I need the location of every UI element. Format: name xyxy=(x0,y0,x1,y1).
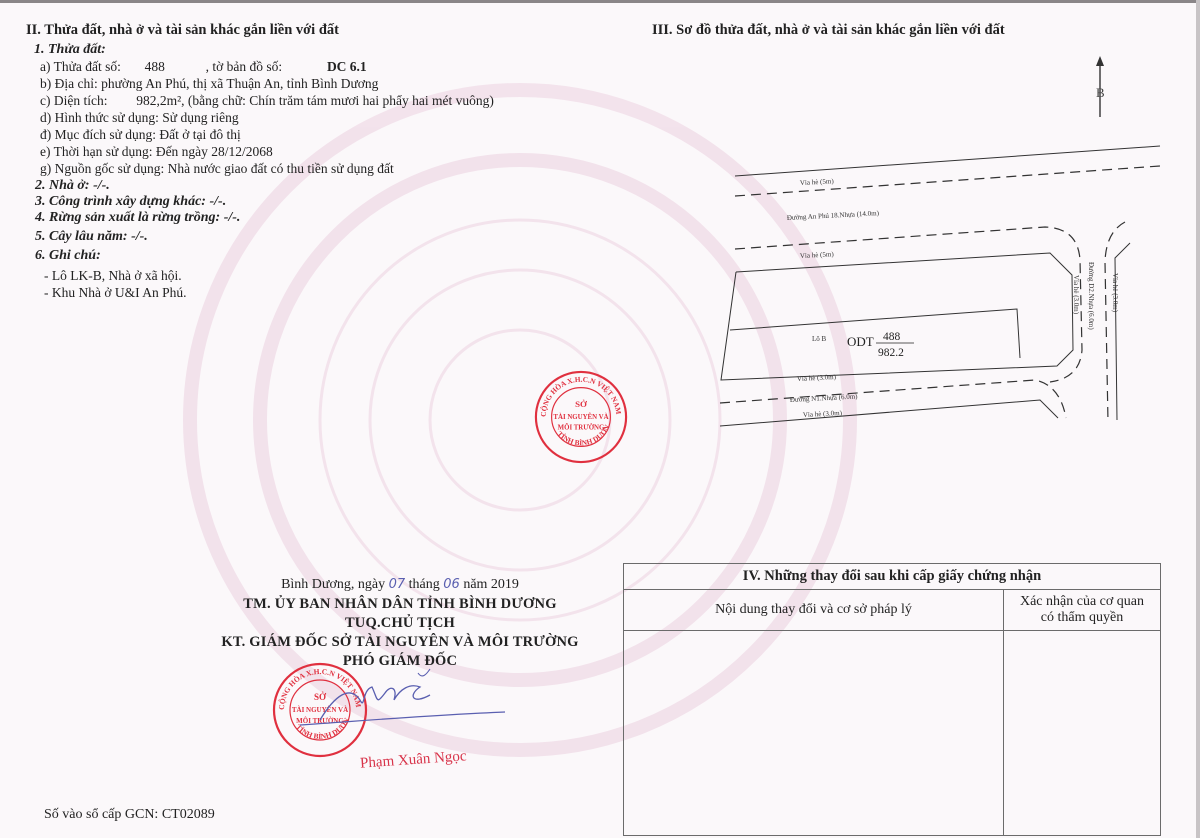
label-sidewalk-right-1: Vỉa hè (3.0m) xyxy=(1072,275,1080,315)
official-seal-stamp: CỘNG HÒA X.H.C.N VIỆT NAM TỈNH BÌNH DƯƠN… xyxy=(532,368,630,466)
signer-name: Phạm Xuân Ngọc xyxy=(360,748,468,772)
label-road-right: Đường D2.Nhựa (6.0m) xyxy=(1087,262,1095,330)
label-sidewalk-top-2: Vỉa hè (5m) xyxy=(800,250,835,260)
handwritten-day: 07 xyxy=(389,577,406,592)
svg-text:SỞ: SỞ xyxy=(575,399,587,409)
column-header-change-content: Nội dung thay đổi và cơ sở pháp lý xyxy=(624,590,1004,631)
label-sidewalk-right-2: Vỉa hè (3.0m) xyxy=(1111,273,1119,313)
label-road-top: Đường An Phú 18.Nhựa (14.0m) xyxy=(787,209,880,222)
changes-table: IV. Những thay đổi sau khi cấp giấy chứn… xyxy=(623,563,1161,836)
signer-org: TM. ỦY BAN NHÂN DÂN TỈNH BÌNH DƯƠNG xyxy=(190,596,610,613)
label-sidewalk-bottom-2: Vỉa hè (3.0m) xyxy=(803,409,843,419)
parcel-number-diagram: 488 xyxy=(883,331,901,343)
label-lot: Lô B xyxy=(812,335,827,343)
north-label: B xyxy=(1096,85,1105,100)
label-sidewalk-top-1: Vỉa hè (5m) xyxy=(800,177,835,187)
label-road-bottom: Đường N1.Nhựa (6.0m) xyxy=(790,392,859,404)
column-header-authority-confirmation: Xác nhận của cơ quan có thẩm quyền xyxy=(1004,590,1161,631)
handwritten-signature xyxy=(290,665,510,745)
svg-text:CỘNG HÒA X.H.C.N VIỆT NAM: CỘNG HÒA X.H.C.N VIỆT NAM xyxy=(539,375,624,418)
svg-text:MÔI TRƯỜNG: MÔI TRƯỜNG xyxy=(558,424,605,432)
handwritten-month: 06 xyxy=(443,577,460,592)
north-arrow-icon: B xyxy=(1096,56,1105,117)
parcel-area-diagram: 982.2 xyxy=(878,347,904,359)
label-sidewalk-bottom-1: Vỉa hè (3.0m) xyxy=(797,373,837,383)
change-content-cell xyxy=(624,631,1004,836)
signer-authority: TUQ.CHỦ TỊCH xyxy=(190,615,610,632)
section-4-title: IV. Những thay đổi sau khi cấp giấy chứn… xyxy=(624,564,1161,590)
authority-confirmation-cell xyxy=(1004,631,1161,836)
signer-department: KT. GIÁM ĐỐC SỞ TÀI NGUYÊN VÀ MÔI TRƯỜNG xyxy=(170,634,630,651)
parcel-diagram: B Vỉa hè (5m) Đường An Phú 18.Nhựa (14.0… xyxy=(0,0,1200,560)
svg-text:TÀI NGUYÊN VÀ: TÀI NGUYÊN VÀ xyxy=(553,413,608,421)
registry-number: Số vào sổ cấp GCN: CT02089 xyxy=(44,807,215,823)
land-code: ODT xyxy=(847,334,874,349)
place-date: Bình Dương, ngày 07 tháng 06 năm 2019 xyxy=(200,577,600,593)
